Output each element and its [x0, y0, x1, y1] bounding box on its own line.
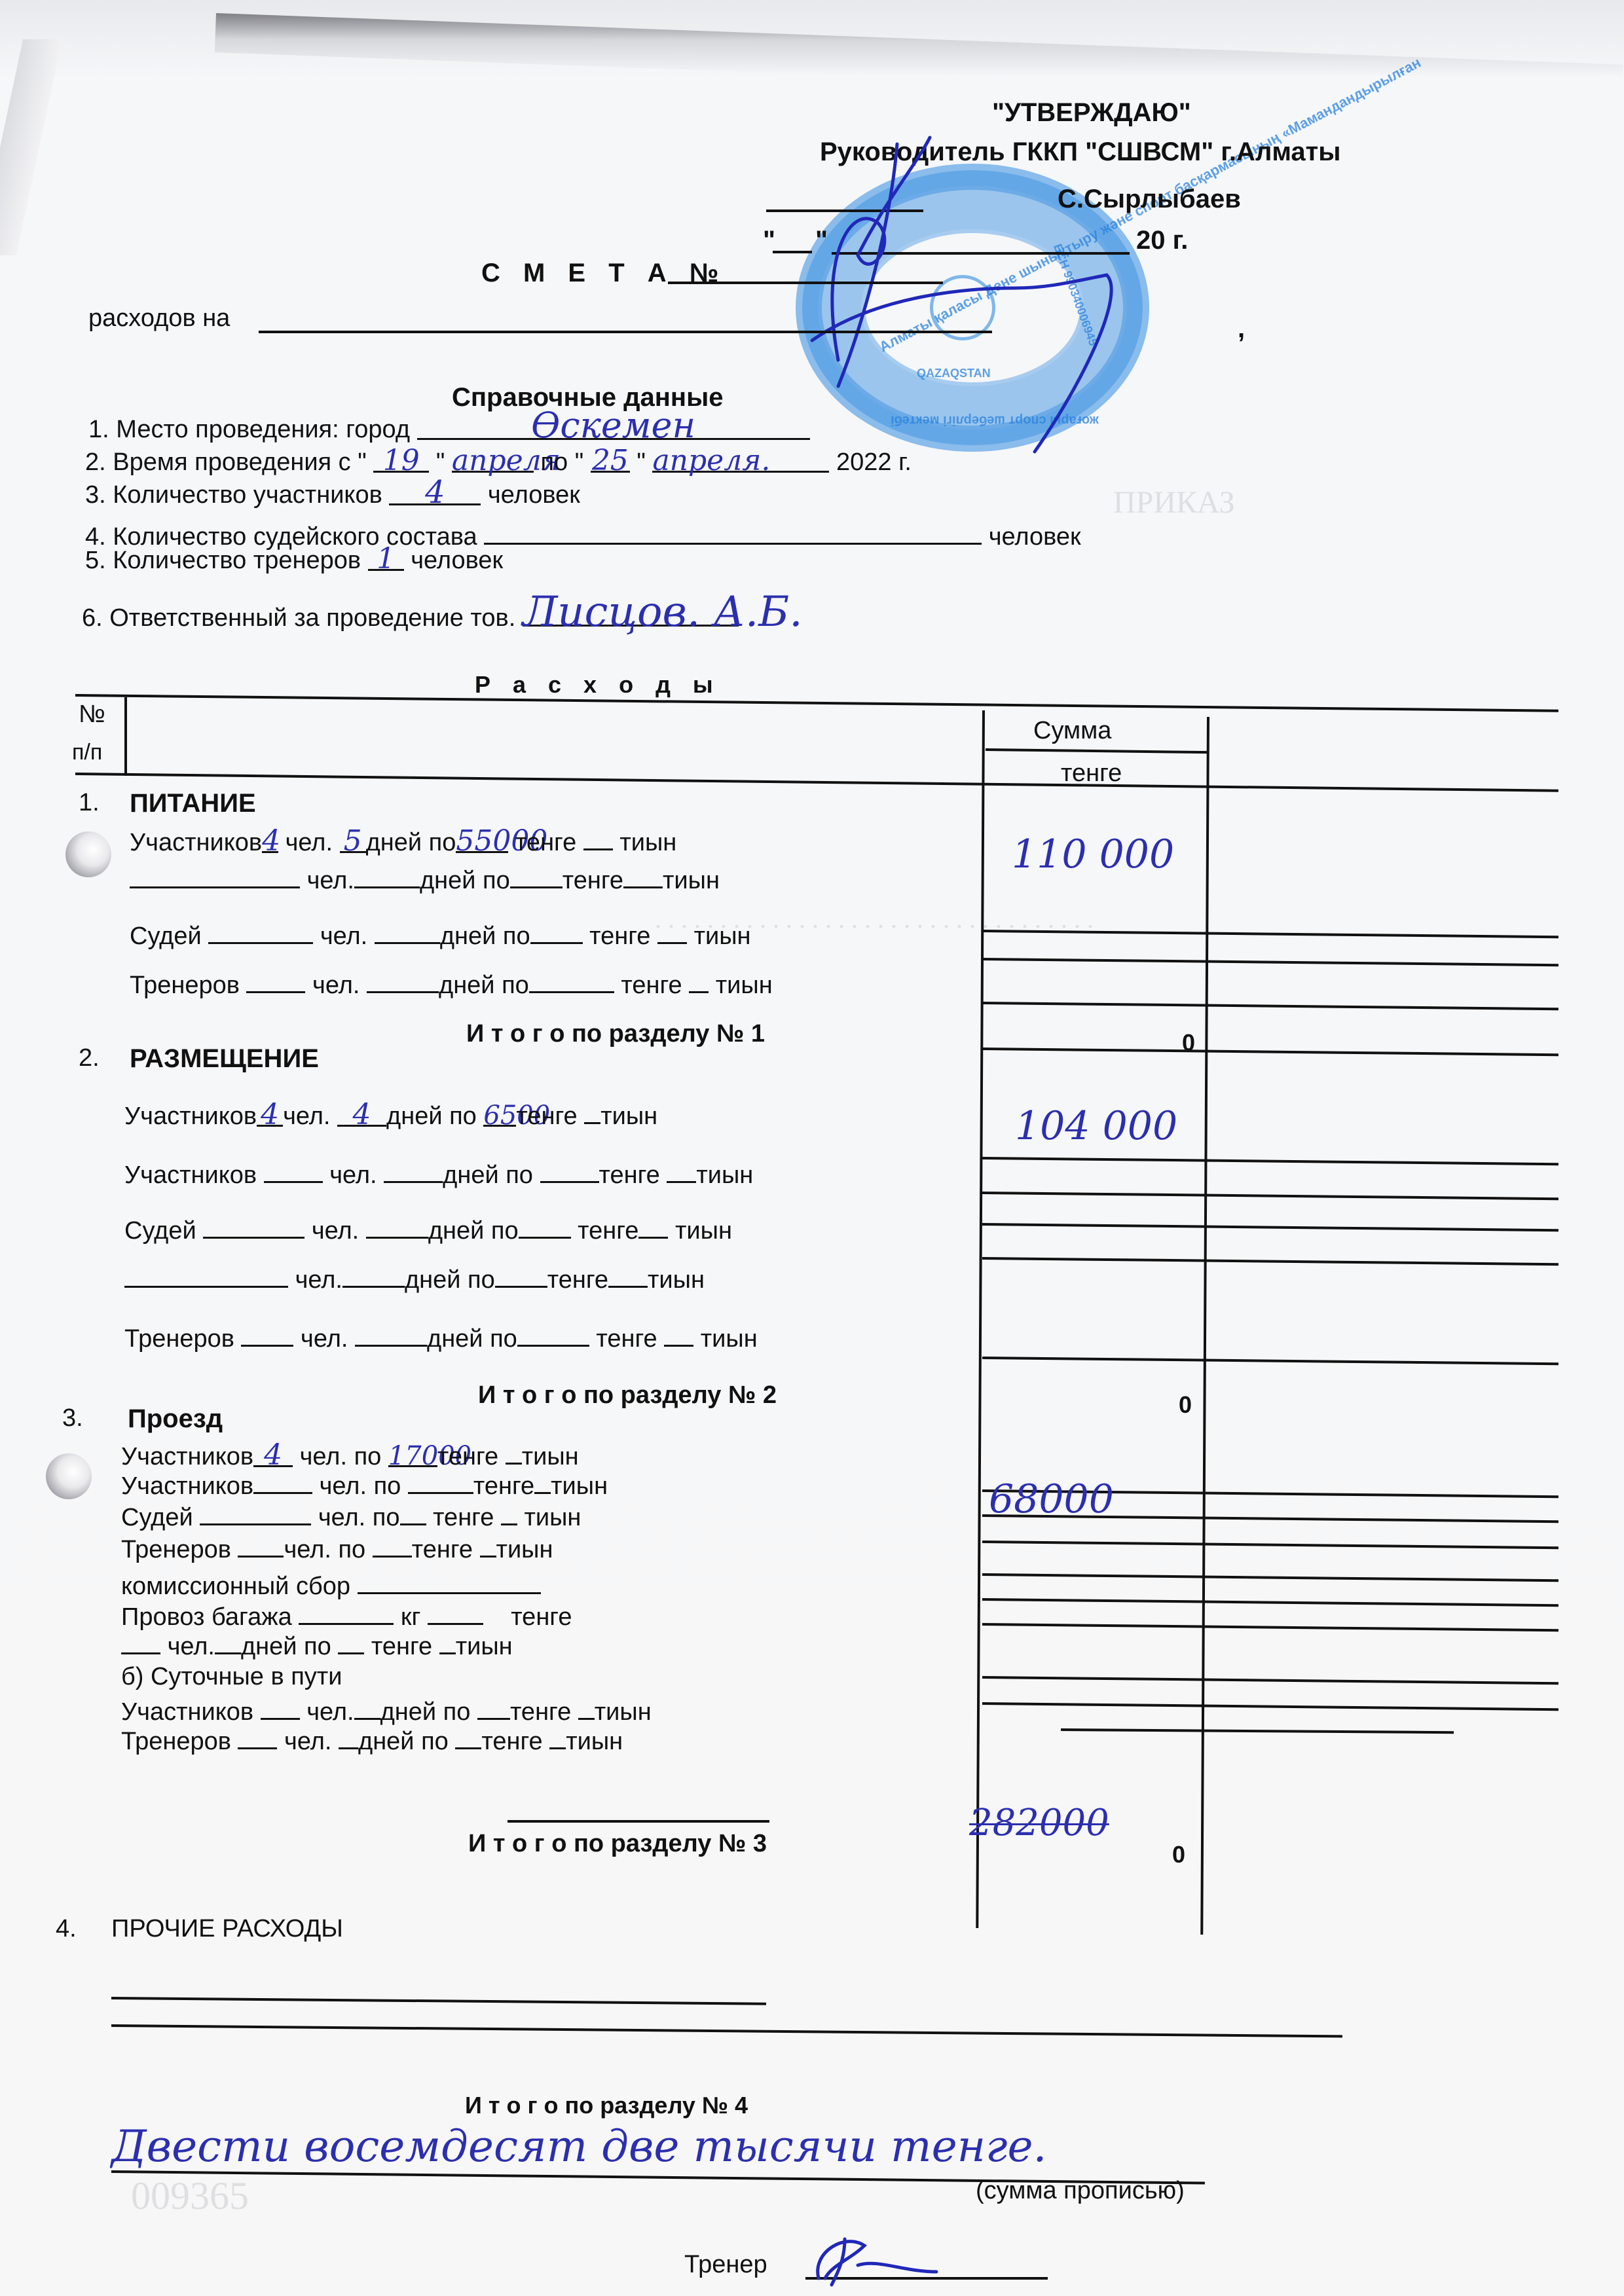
people-field[interactable]: 4	[253, 1443, 293, 1467]
smeta-number-line	[668, 282, 943, 284]
section-3-row-1: Участников4 чел. по 17000тенге тиын	[121, 1440, 579, 1471]
rate-field[interactable]	[373, 1533, 412, 1558]
rate-field[interactable]	[338, 1630, 364, 1654]
from-day-field[interactable]: 19	[373, 448, 429, 473]
people-field[interactable]: 4	[257, 1102, 283, 1127]
tiyn-field[interactable]	[638, 1214, 668, 1239]
col-num-header-bottom: п/п	[72, 740, 102, 765]
days-field[interactable]: 4	[337, 1102, 386, 1127]
section-1-row-2: чел.дней потенгетиын	[130, 864, 720, 895]
reference-item-dates: 2. Время проведения с " 19 " апреля по "…	[85, 448, 912, 477]
tiyn-field[interactable]	[608, 1264, 648, 1288]
people-field[interactable]	[241, 1322, 293, 1347]
days-field[interactable]	[342, 1264, 405, 1288]
days-field[interactable]	[375, 920, 440, 944]
people-field[interactable]	[200, 1501, 311, 1525]
coaches-count-field[interactable]: 1	[368, 547, 404, 571]
tiyn-field[interactable]	[534, 1470, 551, 1494]
col-sum-header-top: Сумма	[1033, 717, 1111, 745]
place-value: Өскемен	[531, 405, 695, 446]
section-1-row-4: Тренеров чел. дней по тенге тиын	[130, 969, 773, 1000]
tiyn-field[interactable]	[584, 1100, 600, 1124]
people-field[interactable]	[253, 1470, 312, 1494]
tiyn-field[interactable]	[583, 826, 613, 850]
approval-title: "УТВЕРЖДАЮ"	[992, 98, 1191, 128]
section-3-row-2: Участников чел. по тенгетиын	[121, 1470, 608, 1501]
expenses-title: Р а с х о д ы	[475, 671, 721, 699]
coach-signature	[805, 2226, 976, 2291]
baggage-row: Провоз багажа кг тенге	[121, 1601, 572, 1631]
days-field[interactable]	[339, 1725, 358, 1749]
days-field[interactable]: 5	[340, 829, 366, 853]
days-field[interactable]	[384, 1159, 443, 1183]
col-num-divider	[124, 697, 127, 776]
days-field[interactable]	[354, 1696, 380, 1720]
rate-field[interactable]: 6500	[483, 1102, 516, 1127]
rate-field[interactable]	[519, 1214, 571, 1239]
section-2-total-label: И т о г о по разделу № 2	[478, 1381, 777, 1410]
section-1-total-label: И т о г о по разделу № 1	[466, 1020, 765, 1048]
section-4-number: 4.	[56, 1915, 77, 1943]
people-field[interactable]	[261, 1696, 300, 1720]
section-3-amount: 68000	[989, 1476, 1114, 1522]
section-1-row-3: Судей чел. дней по тенге тиын	[130, 920, 751, 951]
show-through-number: 009365	[131, 2174, 249, 2219]
rate-field[interactable]	[517, 1322, 589, 1347]
days-field[interactable]	[355, 1322, 427, 1347]
per-diem-row-1: Участников чел.дней по тенге тиын	[121, 1696, 652, 1726]
people-field[interactable]	[208, 920, 313, 944]
sum-in-words-caption: (сумма прописью)	[976, 2177, 1185, 2205]
section-2-row-1: Участников4чел. 4дней по 6500тенге тиын	[124, 1100, 657, 1131]
baggage-detail-row: чел.дней по тенге тиын	[121, 1630, 513, 1661]
tiyn-field[interactable]	[689, 969, 709, 993]
dates-year: 2022 г.	[836, 448, 912, 476]
section-3-number: 3.	[62, 1404, 83, 1432]
days-field[interactable]	[215, 1630, 241, 1654]
section-2-row-5: Тренеров чел. дней по тенге тиын	[124, 1322, 758, 1353]
tiyn-field[interactable]	[439, 1630, 456, 1654]
rate-field[interactable]	[477, 1696, 510, 1720]
days-field[interactable]	[367, 969, 439, 993]
section-3-row-3: Судей чел. по тенге тиын	[121, 1501, 581, 1532]
section-2-number: 2.	[79, 1044, 100, 1072]
rate-field[interactable]: 17000	[388, 1443, 437, 1467]
participants-count-field[interactable]: 4	[389, 481, 481, 505]
people-field[interactable]	[121, 1630, 160, 1654]
section-1-row-1-amount: 110 000	[1012, 831, 1174, 877]
tiyn-field[interactable]	[480, 1533, 496, 1558]
tiyn-field[interactable]	[667, 1159, 696, 1183]
per-diem-row-2: Тренеров чел. дней по тенге тиын	[121, 1725, 623, 1756]
responsible-field[interactable]: Лисцов. А.Б.	[523, 602, 739, 627]
rate-field[interactable]	[540, 1159, 599, 1183]
tiyn-field[interactable]	[664, 1322, 693, 1347]
place-field[interactable]: Өскемен	[417, 416, 810, 440]
section-1-number: 1.	[79, 789, 100, 817]
days-field[interactable]	[366, 1214, 428, 1239]
approver-signature	[799, 124, 1166, 465]
section-2-row-1-amount: 104 000	[1015, 1103, 1177, 1149]
tiyn-field[interactable]	[501, 1501, 517, 1525]
section-1-total-value: 0	[1182, 1029, 1195, 1057]
rate-field[interactable]	[408, 1470, 473, 1494]
binder-hole	[46, 1453, 92, 1499]
rate-field[interactable]: 55000	[456, 829, 508, 853]
tiyn-field[interactable]	[578, 1696, 595, 1720]
rate-field[interactable]	[530, 920, 583, 944]
rate-field[interactable]	[455, 1725, 481, 1749]
section-1-title: ПИТАНИЕ	[130, 789, 256, 818]
reference-item-coaches: 5. Количество тренеров 1 человек	[85, 547, 503, 575]
section-3-total-label: И т о г о по разделу № 3	[468, 1830, 767, 1858]
reference-item-responsible: 6. Ответственный за проведение тов. Лисц…	[82, 602, 739, 632]
tiyn-field[interactable]	[506, 1440, 522, 1465]
judges-count-field[interactable]	[484, 520, 982, 545]
section-2-row-2: Участников чел. дней по тенге тиын	[124, 1159, 753, 1190]
people-field[interactable]	[264, 1159, 323, 1183]
rate-field[interactable]	[529, 969, 614, 993]
binder-hole	[65, 831, 111, 877]
people-field[interactable]: 4	[262, 829, 278, 853]
to-month-field[interactable]: апреля.	[652, 448, 829, 473]
reference-item-place: 1. Место проведения: город Өскемен	[88, 416, 810, 444]
col-sum-header-bottom: тенге	[1061, 759, 1122, 788]
people-field[interactable]	[246, 969, 305, 993]
section-2-total-value: 0	[1179, 1391, 1192, 1419]
category-field[interactable]	[130, 864, 300, 888]
people-field[interactable]	[203, 1214, 304, 1239]
to-day-field[interactable]: 25	[591, 448, 630, 473]
days-field[interactable]	[354, 864, 420, 888]
sum-in-words: Двести восемдесят две тысячи тенге.	[111, 2121, 1047, 2172]
tiyn-field[interactable]	[657, 920, 687, 944]
expenses-for-line	[259, 331, 992, 333]
people-field[interactable]	[238, 1533, 284, 1558]
grand-total-handwritten: 282000	[969, 1802, 1109, 1844]
section-3-row-4: Тренеров чел. по тенге тиын	[121, 1533, 553, 1564]
section-4-total-label: И т о г о по разделу № 4	[465, 2092, 748, 2119]
section-3-subtotal-line	[507, 1820, 769, 1823]
rate-field[interactable]	[495, 1264, 547, 1288]
reference-item-participants: 3. Количество участников 4 человек	[85, 481, 580, 509]
from-month-field[interactable]: апреля	[452, 448, 534, 473]
section-2-row-3: Судей чел. дней по тенге тиын	[124, 1214, 732, 1245]
approval-comma: ,	[1238, 314, 1245, 344]
section-2-row-4: чел.дней потенгетиын	[124, 1264, 705, 1294]
people-field[interactable]	[238, 1725, 277, 1749]
section-4-title: ПРОЧИЕ РАСХОДЫ	[111, 1915, 343, 1943]
place-label: 1. Место проведения: город	[88, 416, 410, 443]
signer-label: Тренер	[684, 2251, 767, 2279]
commission-row: комиссионный сбор	[121, 1570, 541, 1601]
rate-field[interactable]	[510, 864, 563, 888]
col-num-header-top: №	[79, 701, 105, 729]
baggage-tenge-field[interactable]	[428, 1601, 483, 1625]
tiyn-field[interactable]	[549, 1725, 566, 1749]
category-field[interactable]	[124, 1264, 288, 1288]
section-3-title: Проезд	[128, 1404, 223, 1434]
per-diem-title: б) Суточные в пути	[121, 1663, 342, 1691]
commission-field[interactable]	[358, 1570, 541, 1594]
baggage-kg-field[interactable]	[299, 1601, 394, 1625]
dates-label: 2. Время проведения с "	[85, 448, 367, 476]
show-through-text: ПРИКАЗ	[1113, 484, 1235, 520]
rate-field[interactable]	[400, 1501, 426, 1525]
section-3-total-value: 0	[1172, 1841, 1185, 1868]
tiyn-field[interactable]	[623, 864, 663, 888]
section-1-row-1: Участников4 чел. 5дней по55000 тенге тиы…	[130, 826, 676, 857]
section-2-title: РАЗМЕЩЕНИЕ	[130, 1044, 319, 1074]
expenses-for-label: расходов на	[88, 304, 230, 333]
